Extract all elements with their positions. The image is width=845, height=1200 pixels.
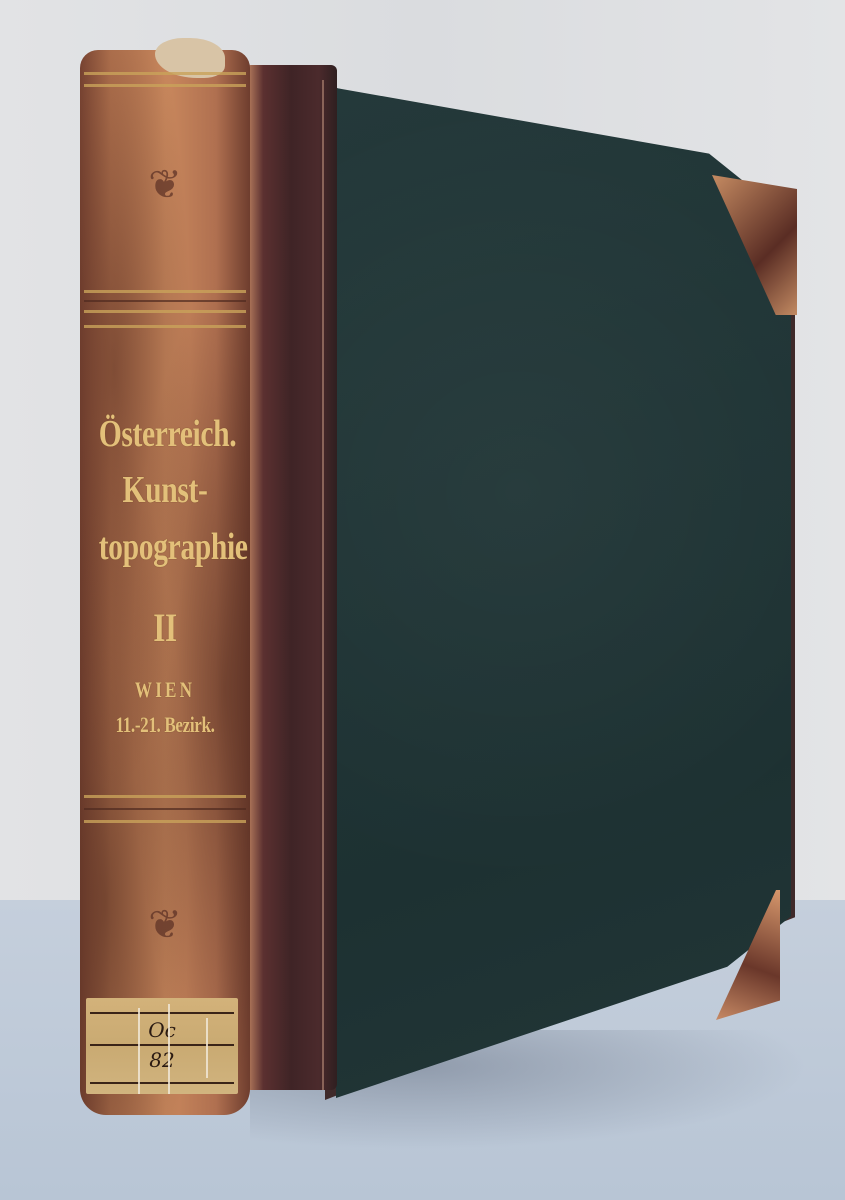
spine-title-line-3: topographie	[99, 525, 232, 569]
hinge-gilt-line	[322, 80, 324, 1090]
label-crack	[168, 1004, 170, 1094]
gilt-band	[84, 290, 246, 293]
label-rule	[90, 1044, 234, 1046]
spine-volume-number: II	[99, 604, 232, 651]
label-rule	[90, 1082, 234, 1084]
spine-ornament-top-icon: ❦	[105, 150, 225, 220]
library-shelf-label: Oc 82	[86, 998, 238, 1094]
spine-ornament-bottom-icon: ❦	[105, 890, 225, 960]
spine-subtitle: WIEN	[99, 677, 232, 703]
book-front-cover-cloth	[336, 88, 791, 1098]
gilt-band	[84, 310, 246, 313]
label-shelfmark-line-1: Oc	[86, 1018, 238, 1042]
spine-title-line-2: Kunst-	[99, 468, 232, 512]
label-crack	[138, 1008, 140, 1094]
gilt-band	[84, 72, 246, 75]
label-shelfmark-line-2: 82	[86, 1048, 238, 1072]
gilt-band	[84, 84, 246, 87]
spine-district: 11.-21. Bezirk.	[99, 712, 232, 738]
blind-band	[84, 808, 246, 810]
gilt-band	[84, 325, 246, 328]
spine-title-line-1: Österreich.	[99, 412, 232, 456]
gilt-band	[84, 795, 246, 798]
label-crack	[206, 1018, 208, 1078]
blind-band	[84, 300, 246, 302]
gilt-band	[84, 820, 246, 823]
label-rule	[90, 1012, 234, 1014]
